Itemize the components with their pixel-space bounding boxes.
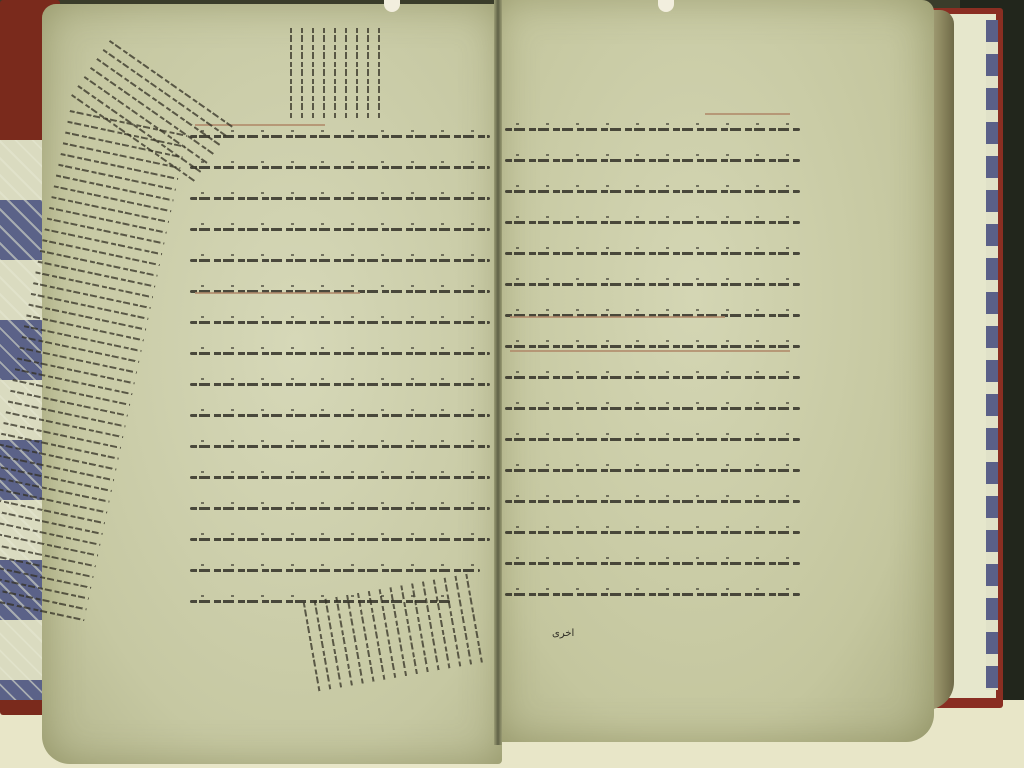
text-line: [505, 407, 800, 410]
text-line: [190, 569, 480, 572]
text-line: [505, 376, 800, 379]
text-line: [190, 166, 490, 169]
text-line: [505, 128, 800, 131]
text-line: [190, 445, 490, 448]
text-line: [190, 197, 490, 200]
rubric-rule: [510, 350, 790, 352]
text-line: [190, 321, 490, 324]
catchword: اخرى: [552, 628, 574, 639]
text-line: [505, 593, 800, 596]
book-gutter: [494, 0, 502, 745]
text-line: [190, 476, 490, 479]
text-line: [190, 228, 490, 231]
text-line: [190, 507, 490, 510]
text-line: [190, 352, 490, 355]
text-line: [505, 500, 800, 503]
text-line: [190, 383, 490, 386]
marginal-notes-vertical: [281, 28, 380, 118]
manuscript-photo: Left manuscript page with dense marginal…: [0, 0, 1024, 768]
text-line: [505, 345, 800, 348]
text-line: [505, 190, 800, 193]
left-main-text: [190, 135, 490, 631]
text-line: [505, 562, 800, 565]
text-line: [505, 469, 800, 472]
text-line: [505, 531, 800, 534]
text-line: [505, 221, 800, 224]
text-line: [190, 259, 490, 262]
rubric-rule: [195, 292, 360, 294]
rubric-rule: [510, 316, 725, 318]
text-line: [505, 438, 800, 441]
rubric-rule: [705, 113, 790, 115]
right-main-text: [505, 128, 800, 624]
text-line: [190, 135, 490, 138]
text-line: [190, 538, 490, 541]
text-line: [190, 414, 490, 417]
text-line: [505, 252, 800, 255]
patterned-endpaper-strip: [986, 20, 998, 690]
text-line: [505, 159, 800, 162]
text-line: [505, 283, 800, 286]
